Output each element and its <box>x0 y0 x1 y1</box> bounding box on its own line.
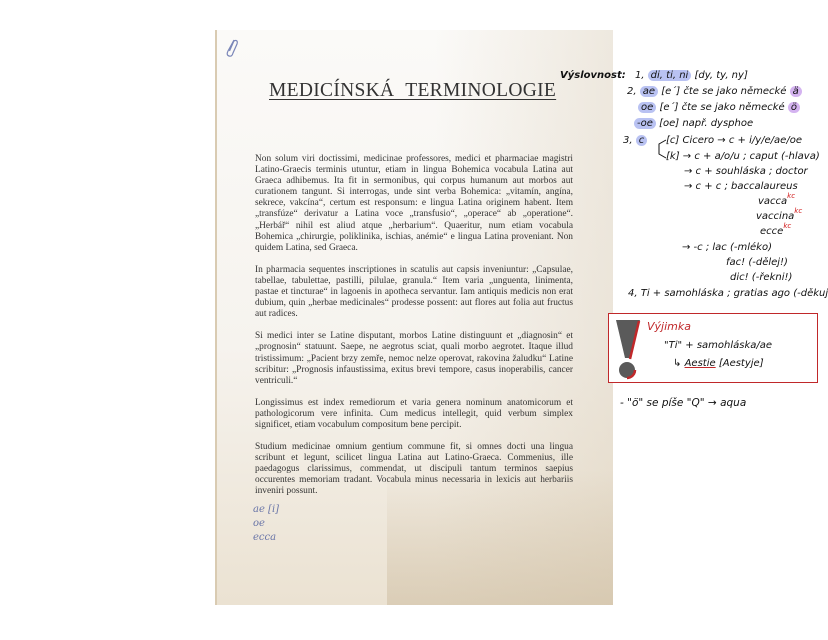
example-ecce: eccekc <box>760 226 791 237</box>
rule-number: 1, <box>635 70 645 81</box>
notes-heading: Výslovnost: <box>560 70 626 81</box>
rule-text: fac! (-dělej!) <box>726 257 788 268</box>
rule-text: [dy, ty, ny] <box>695 70 748 81</box>
paperclip-icon <box>225 38 239 58</box>
rule-number: 2, <box>627 86 637 97</box>
rule-3-c: [c] Cicero → c + i/y/e/ae/oe <box>666 135 802 146</box>
highlighted-term: ae <box>640 86 658 97</box>
pronunciation-notes: Výslovnost: 1, di, ti, ni [dy, ty, ny] 2… <box>560 70 828 440</box>
rule-text: dic! (-řekni!) <box>730 272 792 283</box>
paragraph: Longissimus est index remediorum et vari… <box>255 398 573 431</box>
rule-text: [oe] např. dysphoe <box>659 118 753 129</box>
rule-4: 4, Ti + samohláska ; gratias ago (-děkuj… <box>628 288 828 299</box>
rule-number: 3, <box>623 135 633 146</box>
rule-text: → c + c ; baccalaureus <box>684 181 798 192</box>
rule-3-k2: → c + souhláska ; doctor <box>684 166 808 177</box>
scanned-document-page: MEDICÍNSKÁ TERMINOLOGIE Non solum viri d… <box>215 30 613 605</box>
pronunciation: [Aestyje] <box>719 358 764 369</box>
example-vaccina: vaccinakc <box>756 211 802 222</box>
rule-3-end2: fac! (-dělej!) <box>726 257 788 268</box>
red-mark: kc <box>783 222 791 230</box>
rule-text: 4, Ti + samohláska ; gratias ago (-děkuj… <box>628 288 828 299</box>
rule-3-end1: → -c ; lac (-mléko) <box>682 242 772 253</box>
document-body: Non solum viri doctissimi, medicinae pro… <box>255 154 573 509</box>
handwritten-margin-notes: ae [i] oe ecca <box>253 503 279 545</box>
highlighted-term: oe <box>638 102 656 113</box>
paragraph: Studium medicinae omnium gentium commune… <box>255 442 573 497</box>
highlighted-term: c <box>636 135 648 146</box>
rule-2a: 2, ae [e´] čte se jako německé ä <box>627 86 802 97</box>
rule-3: 3, c <box>623 135 647 146</box>
exception-example: ↳ Aestie [Aestyje] <box>673 358 764 369</box>
rule-text: [e´] čte se jako německé <box>661 86 786 97</box>
document-title: MEDICÍNSKÁ TERMINOLOGIE <box>269 80 569 102</box>
red-mark: kc <box>787 192 795 200</box>
exception-rule: "Ti" + samohláska/ae <box>664 340 772 351</box>
exception-title: Výjimka <box>647 320 691 333</box>
highlighted-umlaut: ö <box>788 102 800 113</box>
highlighted-term: di, ti, ni <box>648 70 692 81</box>
margin-note: ae [i] <box>253 503 279 517</box>
example-vacca: vaccakc <box>758 196 795 207</box>
rule-2b: oe [e´] čte se jako německé ö <box>638 102 800 113</box>
paragraph: In pharmacia sequentes inscriptiones in … <box>255 265 573 320</box>
example-word: ecce <box>760 226 783 237</box>
example-word: Aestie <box>685 358 716 369</box>
margin-note: oe <box>253 517 279 531</box>
notes-heading-line: Výslovnost: 1, di, ti, ni [dy, ty, ny] <box>560 70 748 81</box>
rule-2c: -oe [oe] např. dysphoe <box>634 118 753 129</box>
rule-text: → -c ; lac (-mléko) <box>682 242 772 253</box>
example-word: vaccina <box>756 211 794 222</box>
highlighted-term: -oe <box>634 118 656 129</box>
example-word: vacca <box>758 196 787 207</box>
note-q-aqua: - "ö" se píše "Q" → aqua <box>620 397 746 409</box>
rule-text: [e´] čte se jako německé <box>659 102 784 113</box>
rule-3-end3: dic! (-řekni!) <box>730 272 792 283</box>
red-mark: kc <box>794 207 802 215</box>
highlighted-umlaut: ä <box>790 86 802 97</box>
margin-note: ecca <box>253 531 279 545</box>
exception-box: Výjimka "Ti" + samohláska/ae ↳ Aestie [A… <box>608 313 818 383</box>
rule-3-k3: → c + c ; baccalaureus <box>684 181 798 192</box>
paragraph: Si medici inter se Latine disputant, mor… <box>255 331 573 386</box>
exclamation-icon <box>614 318 642 380</box>
rule-3-k: [k] → c + a/o/u ; caput (-hlava) <box>666 151 820 162</box>
paragraph: Non solum viri doctissimi, medicinae pro… <box>255 154 573 254</box>
arrow-icon: ↳ <box>673 358 681 369</box>
